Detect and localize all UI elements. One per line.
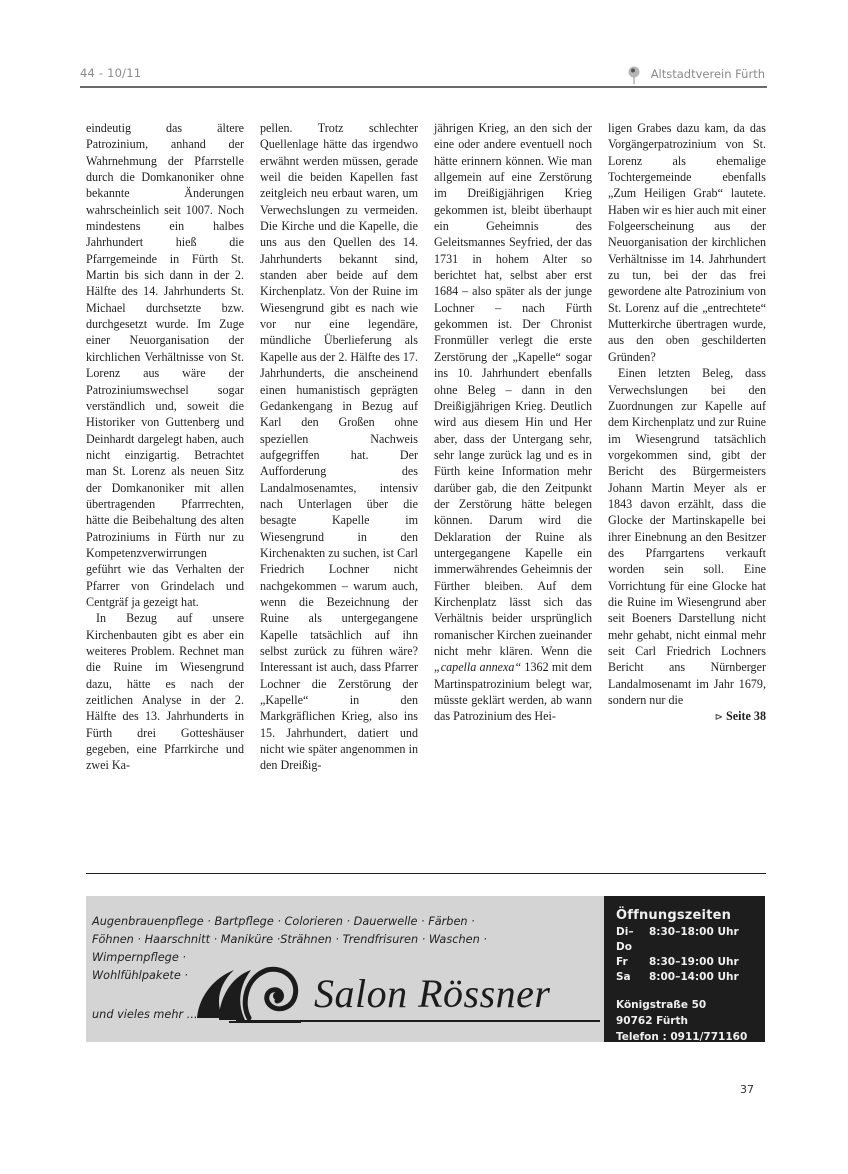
hours-row: Fr 8:30–19:00 Uhr <box>616 955 765 970</box>
issue-number: 44 - 10/11 <box>80 66 141 80</box>
hours-row: Sa 8:00–14:00 Uhr <box>616 970 765 985</box>
article-body: eindeutig das ältere Patrozinium, anhand… <box>86 120 766 868</box>
article-column-2: pellen. Trotz schlechter Quellenlage hät… <box>260 120 418 868</box>
hours-day: Di–Do <box>616 925 649 955</box>
hours-time: 8:00–14:00 Uhr <box>649 970 739 985</box>
tree-pin-icon <box>627 66 641 82</box>
services-line: Augenbrauenpflege · Bartpflege · Colorie… <box>92 913 487 931</box>
section-divider <box>86 873 766 874</box>
paragraph: ligen Grabes dazu kam, da das Vorgängerp… <box>608 120 766 365</box>
ad-services-panel: Augenbrauenpflege · Bartpflege · Colorie… <box>86 896 604 1042</box>
hours-day: Sa <box>616 970 649 985</box>
salon-address: Königstraße 50 90762 Fürth Telefon : 091… <box>616 997 765 1045</box>
magazine-page: 44 - 10/11 Altstadtverein Fürth eindeuti… <box>0 0 848 1174</box>
services-more: und vieles mehr ... <box>92 1008 198 1021</box>
paragraph: jährigen Krieg, an den sich der eine ode… <box>434 120 592 725</box>
paragraph-text: jährigen Krieg, an den sich der eine ode… <box>434 121 592 658</box>
phone-number: Telefon : 0911/771160 <box>616 1029 765 1045</box>
article-column-4: ligen Grabes dazu kam, da das Vorgängerp… <box>608 120 766 868</box>
page-number: 37 <box>740 1083 754 1096</box>
salon-name: Salon Rössner <box>314 970 551 1017</box>
paragraph: In Bezug auf unsere Kirchenbauten gibt e… <box>86 610 244 773</box>
article-column-3: jährigen Krieg, an den sich der eine ode… <box>434 120 592 868</box>
hours-time: 8:30–19:00 Uhr <box>649 955 739 970</box>
salon-underline <box>236 1020 600 1022</box>
services-line: Föhnen · Haarschnitt · Maniküre ·Strähne… <box>92 931 487 949</box>
address-street: Königstraße 50 <box>616 997 765 1013</box>
publisher-name: Altstadtverein Fürth <box>651 67 765 81</box>
italic-latin-term: „capella annexa“ <box>434 660 521 674</box>
triangle-right-icon: ⊳ <box>715 712 723 723</box>
address-city: 90762 Fürth <box>616 1013 765 1029</box>
swirl-wave-logo-icon <box>189 956 309 1026</box>
page-header: 44 - 10/11 Altstadtverein Fürth <box>80 64 767 88</box>
ad-hours-panel: Öffnungszeiten Di–Do 8:30–18:00 Uhr Fr 8… <box>604 896 765 1042</box>
continued-on-link[interactable]: ⊳Seite 38 <box>608 708 766 726</box>
continued-page-label: Seite 38 <box>726 709 766 723</box>
hours-day: Fr <box>616 955 649 970</box>
paragraph: eindeutig das ältere Patrozinium, anhand… <box>86 120 244 610</box>
article-column-1: eindeutig das ältere Patrozinium, anhand… <box>86 120 244 868</box>
paragraph: pellen. Trotz schlechter Quellenlage hät… <box>260 120 418 774</box>
paragraph: Einen letzten Beleg, dass Verwechslungen… <box>608 365 766 708</box>
publisher-brand: Altstadtverein Fürth <box>627 66 765 82</box>
salon-advertisement: Augenbrauenpflege · Bartpflege · Colorie… <box>86 896 765 1042</box>
hours-time: 8:30–18:00 Uhr <box>649 925 739 955</box>
hours-row: Di–Do 8:30–18:00 Uhr <box>616 925 765 955</box>
hours-title: Öffnungszeiten <box>616 908 765 923</box>
